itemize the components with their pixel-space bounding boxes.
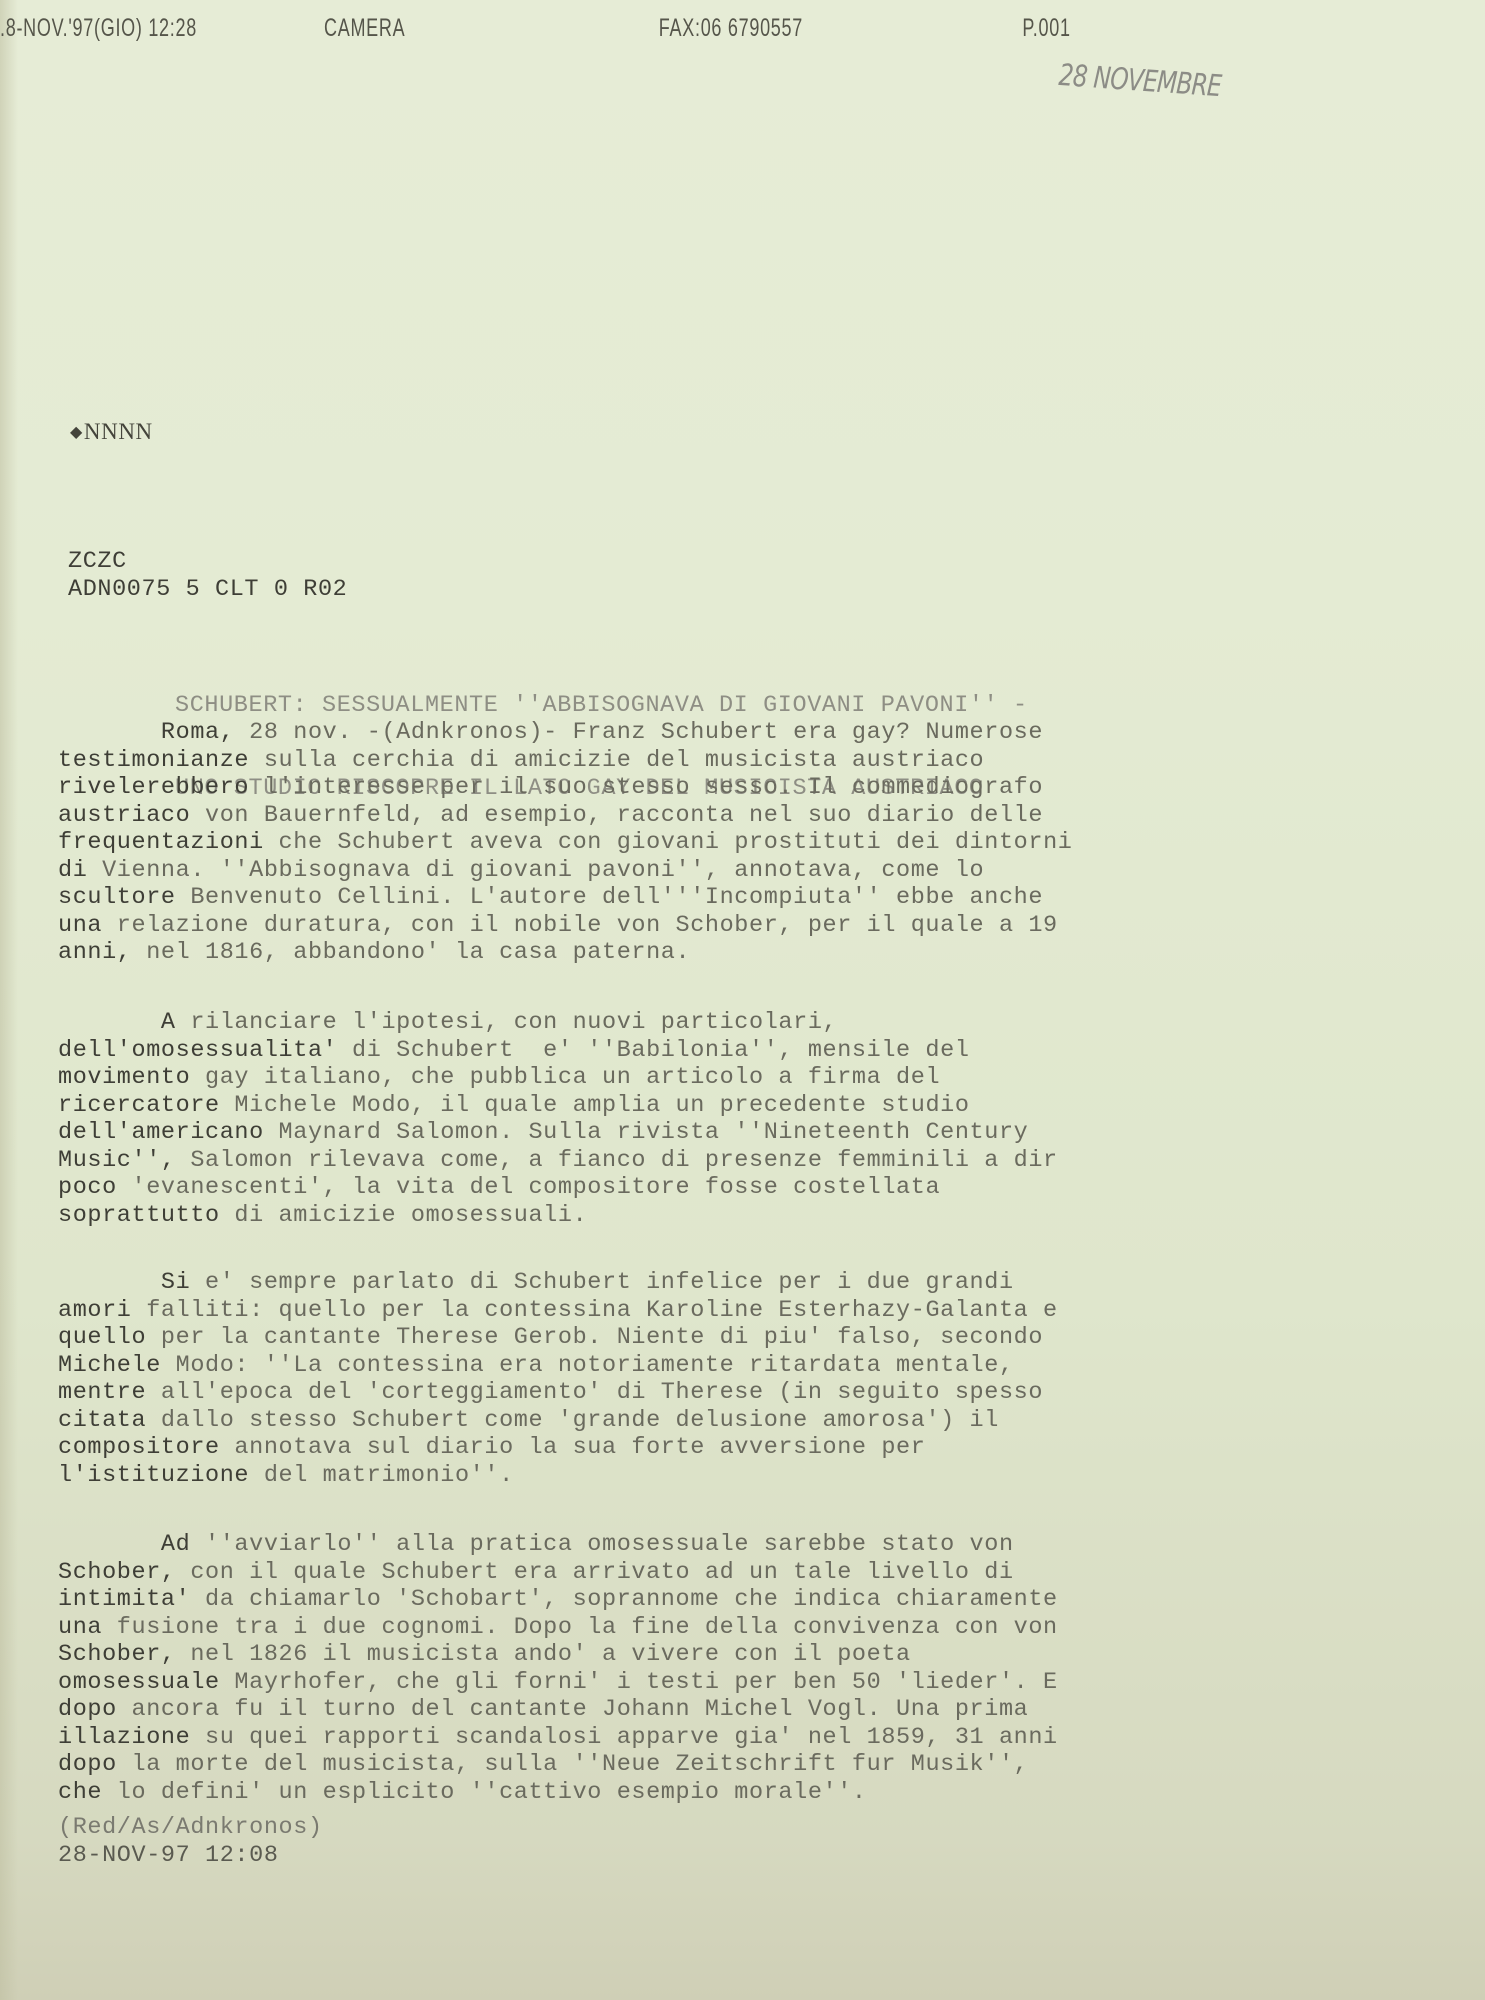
paragraph-line: Roma, 28 nov. -(Adnkronos)- Franz Schube… [58, 719, 1072, 747]
paragraph-line: dell'omosessualita' di Schubert e' ''Bab… [58, 1037, 1058, 1065]
article-paragraph-1: Roma, 28 nov. -(Adnkronos)- Franz Schube… [58, 719, 1072, 967]
fax-date-time: .8-NOV.'97(GIO) 12:28 [0, 14, 197, 43]
article-paragraph-4: Ad ''avviarlo'' alla pratica omosessuale… [58, 1531, 1058, 1806]
paragraph-line: amori falliti: quello per la contessina … [58, 1297, 1058, 1325]
paragraph-line: una fusione tra i due cognomi. Dopo la f… [58, 1614, 1058, 1642]
article-paragraph-2: A rilanciare l'ipotesi, con nuovi partic… [58, 1009, 1058, 1229]
paragraph-line: A rilanciare l'ipotesi, con nuovi partic… [58, 1009, 1058, 1037]
paragraph-line: dopo ancora fu il turno del cantante Joh… [58, 1696, 1058, 1724]
paragraph-line: compositore annotava sul diario la sua f… [58, 1434, 1058, 1462]
paragraph-line: Si e' sempre parlato di Schubert infelic… [58, 1269, 1058, 1297]
signature-text: (Red/As/Adnkronos) [58, 1814, 323, 1841]
paragraph-line: l'istituzione del matrimonio''. [58, 1462, 1058, 1490]
headline-line-1: SCHUBERT: SESSUALMENTE ''ABBISOGNAVA DI … [175, 692, 1028, 720]
fax-number: FAX:06 6790557 [659, 14, 803, 43]
paragraph-line: illazione su quei rapporti scandalosi ap… [58, 1724, 1058, 1752]
paragraph-line: ricercatore Michele Modo, il quale ampli… [58, 1092, 1058, 1120]
paragraph-line: Schober, nel 1826 il musicista ando' a v… [58, 1641, 1058, 1669]
paragraph-line: anni, nel 1816, abbandono' la casa pater… [58, 939, 1072, 967]
message-id-text: ADN0075 5 CLT 0 R02 [68, 576, 347, 603]
paragraph-line: una relazione duratura, con il nobile vo… [58, 912, 1072, 940]
paragraph-line: Michele Modo: ''La contessina era notori… [58, 1352, 1058, 1380]
paragraph-line: mentre all'epoca del 'corteggiamento' di… [58, 1379, 1058, 1407]
paragraph-line: soprattutto di amicizie omosessuali. [58, 1202, 1058, 1230]
paragraph-line: poco 'evanescenti', la vita del composit… [58, 1174, 1058, 1202]
paragraph-line: di Vienna. ''Abbisognava di giovani pavo… [58, 857, 1072, 885]
paragraph-line: dell'americano Maynard Salomon. Sulla ri… [58, 1119, 1058, 1147]
handwritten-date-note: 28 NOVEMBRE [1058, 58, 1223, 104]
paragraph-line: frequentazioni che Schubert aveva con gi… [58, 829, 1072, 857]
paragraph-line: che lo defini' un esplicito ''cattivo es… [58, 1779, 1058, 1807]
end-marker-text: NNNN [84, 419, 153, 444]
article-dateline: 28-NOV-97 12:08 [58, 1842, 279, 1870]
paragraph-line: scultore Benvenuto Cellini. L'autore del… [58, 884, 1072, 912]
fax-header: .8-NOV.'97(GIO) 12:28 CAMERA FAX:06 6790… [0, 14, 1069, 54]
paragraph-line: movimento gay italiano, che pubblica un … [58, 1064, 1058, 1092]
paragraph-line: intimita' da chiamarlo 'Schobart', sopra… [58, 1586, 1058, 1614]
paragraph-line: austriaco von Bauernfeld, ad esempio, ra… [58, 802, 1072, 830]
paragraph-line: Ad ''avviarlo'' alla pratica omosessuale… [58, 1531, 1058, 1559]
wire-end-marker: ◆NNNN [70, 418, 153, 447]
paragraph-line: quello per la cantante Therese Gerob. Ni… [58, 1324, 1058, 1352]
paragraph-line: testimonianze sulla cerchia di amicizie … [58, 747, 1072, 775]
scan-edge-shadow [0, 0, 18, 2000]
fax-page: .8-NOV.'97(GIO) 12:28 CAMERA FAX:06 6790… [0, 0, 1485, 2000]
fax-page-number: P.001 [1022, 14, 1070, 43]
paragraph-line: dopo la morte del musicista, sulla ''Neu… [58, 1751, 1058, 1779]
article-signature: (Red/As/Adnkronos) [58, 1814, 323, 1842]
paragraph-line: omosessuale Mayrhofer, che gli forni' i … [58, 1669, 1058, 1697]
wire-message-id: ADN0075 5 CLT 0 R02 [68, 576, 347, 604]
paragraph-line: Schober, con il quale Schubert era arriv… [58, 1559, 1058, 1587]
diamond-bullet-icon: ◆ [70, 424, 83, 441]
paragraph-line: rivelerebbero l'interesse per il suo ste… [58, 774, 1072, 802]
paragraph-line: Music'', Salomon rilevava come, a fianco… [58, 1147, 1058, 1175]
article-paragraph-3: Si e' sempre parlato di Schubert infelic… [58, 1269, 1058, 1489]
wire-start-marker: ZCZC [68, 548, 127, 576]
fax-sender: CAMERA [324, 14, 405, 43]
paragraph-line: citata dallo stesso Schubert come 'grand… [58, 1407, 1058, 1435]
